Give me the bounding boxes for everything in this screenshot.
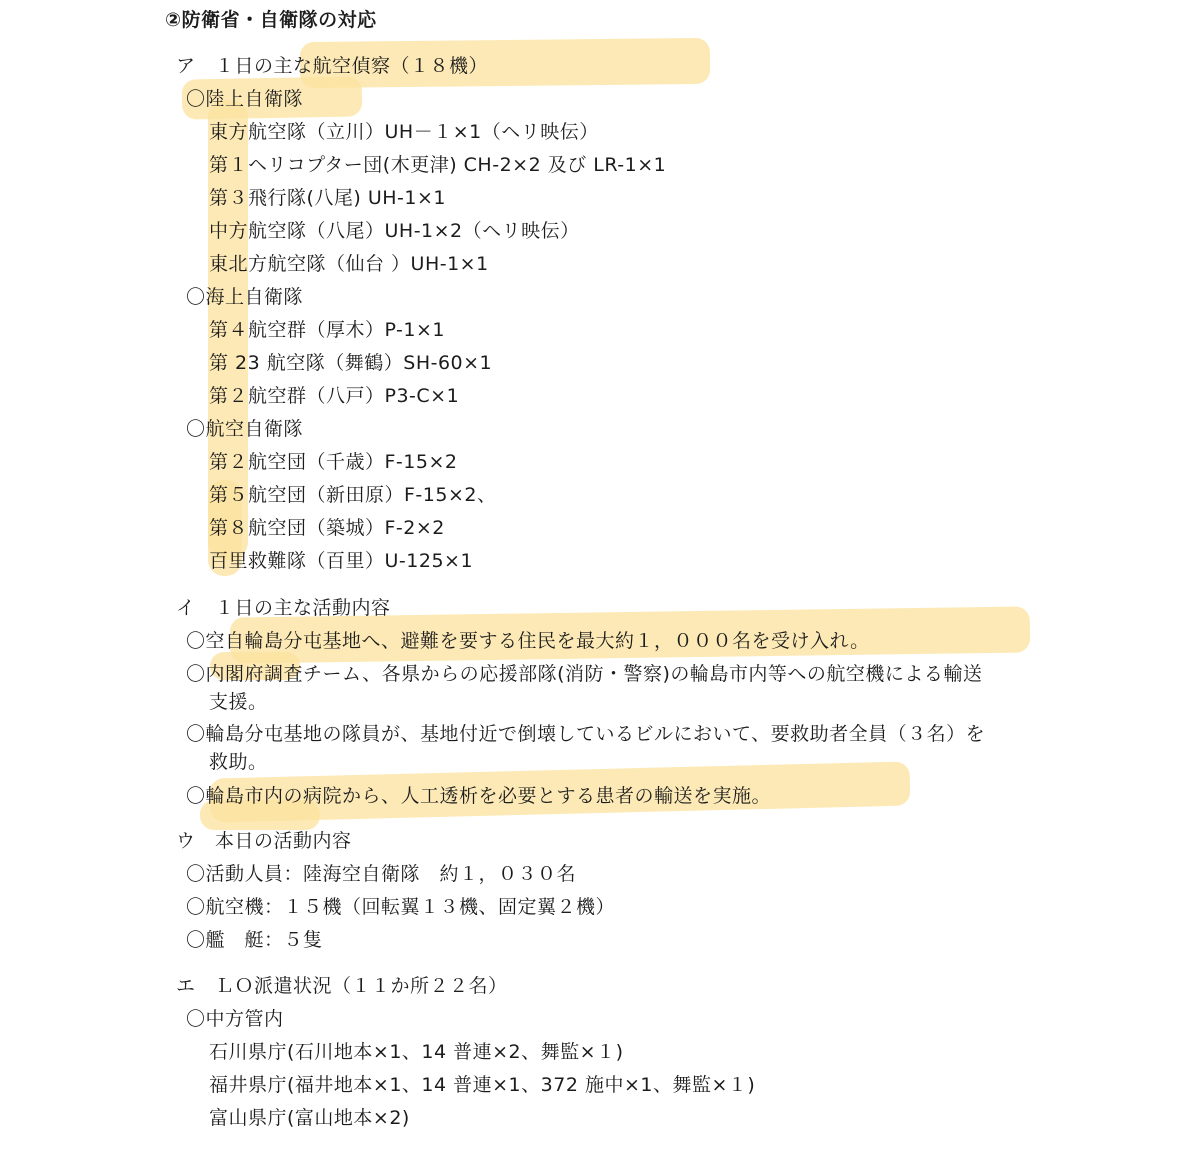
bullet-item: 〇空自輪島分屯基地へ、避難を要する住民を最大約１，０００名を受け入れ。	[186, 629, 870, 653]
group-label-chubu: 〇中方管内	[186, 1007, 284, 1031]
list-item: 第２航空団（千歳）F-15×2	[209, 450, 457, 474]
list-item: 石川県庁(石川地本×1、14 普連×2、舞監×１)	[209, 1040, 623, 1064]
bullet-item: 〇輪島分屯基地の隊員が、基地付近で倒壊しているビルにおいて、要救助者全員（３名）…	[186, 722, 985, 746]
document-title: ②防衛省・自衛隊の対応	[165, 8, 377, 32]
section-heading-a: ア １日の主な航空偵察（１８機）	[176, 54, 488, 78]
bullet-item-continuation: 支援。	[209, 690, 268, 714]
section-heading-i: イ １日の主な活動内容	[176, 596, 391, 620]
list-item: 第１ヘリコプター団(木更津) CH-2×2 及び LR-1×1	[209, 153, 666, 177]
list-item: 第８航空団（築城）F-2×2	[209, 516, 445, 540]
list-item: 百里救難隊（百里）U-125×1	[209, 549, 473, 573]
list-item: 第４航空群（厚木）P-1×1	[209, 318, 445, 342]
list-item: 東北方航空隊（仙台 ）UH-1×1	[209, 252, 489, 276]
list-item: 富山県庁(富山地本×2)	[209, 1106, 410, 1130]
bullet-item: 〇内閣府調査チーム、各県からの応援部隊(消防・警察)の輪島市内等への航空機による…	[186, 662, 982, 686]
section-heading-u: ウ 本日の活動内容	[176, 829, 352, 853]
list-item: 東方航空隊（立川）UH－１×1（ヘリ映伝）	[209, 120, 599, 144]
bullet-item: 〇活動人員：陸海空自衛隊 約１，０３０名	[186, 862, 576, 886]
section-heading-e: エ ＬＯ派遣状況（１１か所２２名）	[176, 974, 508, 998]
list-item: 第３飛行隊(八尾) UH-1×1	[209, 186, 446, 210]
group-label-msdf: 〇海上自衛隊	[186, 285, 303, 309]
list-item: 中方航空隊（八尾）UH-1×2（ヘリ映伝）	[209, 219, 580, 243]
list-item: 第 23 航空隊（舞鶴）SH-60×1	[209, 351, 492, 375]
bullet-item: 〇輪島市内の病院から、人工透析を必要とする患者の輸送を実施。	[186, 784, 771, 808]
list-item: 福井県庁(福井地本×1、14 普連×1、372 施中×1、舞監×１)	[209, 1073, 755, 1097]
bullet-item: 〇航空機：１５機（回転翼１３機、固定翼２機）	[186, 895, 615, 919]
group-label-gsdf: 〇陸上自衛隊	[186, 87, 303, 111]
list-item: 第２航空群（八戸）P3-C×1	[209, 384, 459, 408]
bullet-item: 〇艦 艇：５隻	[186, 928, 323, 952]
group-label-asdf: 〇航空自衛隊	[186, 417, 303, 441]
list-item: 第５航空団（新田原）F-15×2、	[209, 483, 496, 507]
bullet-item-continuation: 救助。	[209, 750, 268, 774]
